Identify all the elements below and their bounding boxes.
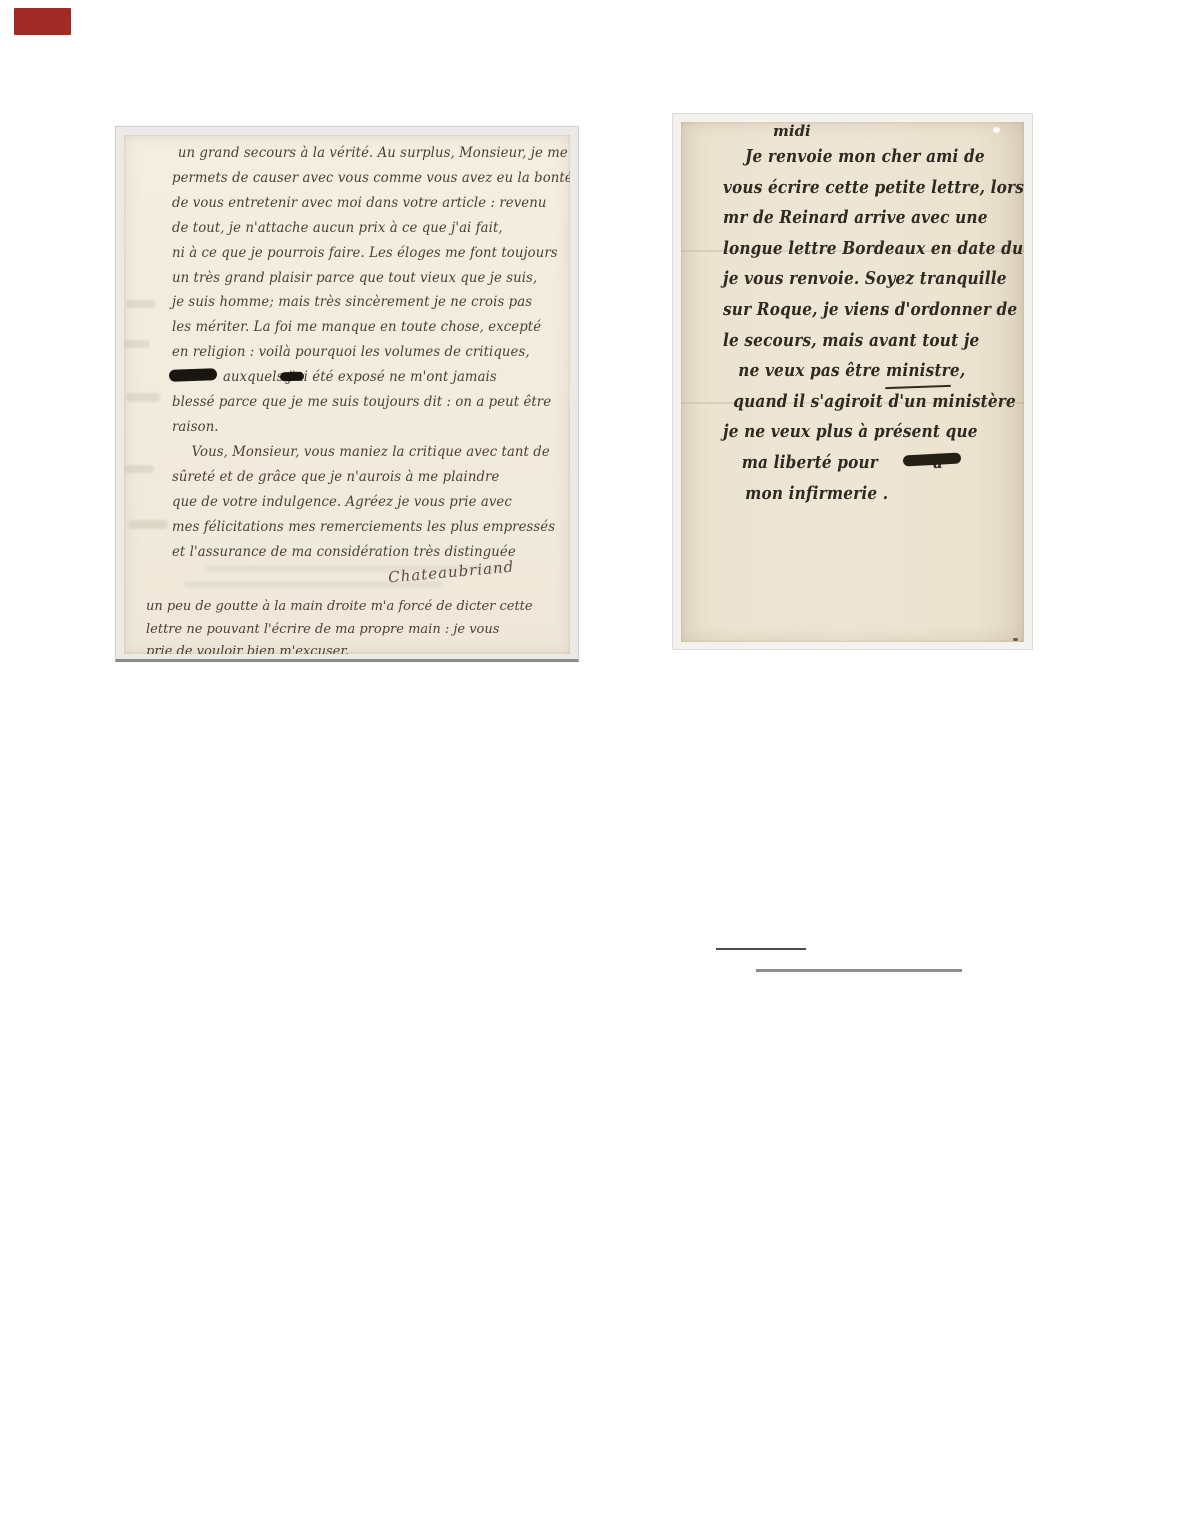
manuscript-line: ni à ce que je pourrois faire. Les éloge… <box>172 241 556 266</box>
ghost-writing <box>126 393 160 402</box>
manuscript-line: de tout, je n'attache aucun prix à ce qu… <box>172 216 556 241</box>
manuscript-line: je vous renvoie. Soyez tranquille <box>723 264 977 295</box>
manuscript-line: mr de Reinard arrive avec une <box>723 203 977 234</box>
manuscript-line: le secours, mais avant tout je <box>723 326 977 357</box>
horizontal-rule-long <box>756 969 962 972</box>
ghost-writing <box>124 340 150 348</box>
manuscript-line: lettre ne pouvant l'écrire de ma propre … <box>146 619 533 642</box>
manuscript-line: Je renvoie mon cher ami de <box>723 142 977 173</box>
manuscript-line: je suis homme; mais très sincèrement je … <box>172 290 556 315</box>
manuscript-line: un très grand plaisir parce que tout vie… <box>172 266 556 291</box>
manuscript-line: un grand secours à la vérité. Au surplus… <box>172 141 556 166</box>
horizontal-rule-short <box>716 948 806 950</box>
letter-heading: midi <box>773 122 811 140</box>
manuscript-line: un peu de goutte à la main droite m'a fo… <box>146 596 533 619</box>
ghost-writing <box>124 465 154 473</box>
letter-left-paper: un grand secours à la vérité. Au surplus… <box>124 135 570 654</box>
manuscript-line: Vous, Monsieur, vous maniez la critique … <box>172 440 556 465</box>
paper-speck <box>1013 638 1018 641</box>
manuscript-line: quand il s'agiroit d'un ministère <box>723 387 977 418</box>
manuscript-line: longue lettre Bordeaux en date du 18 <box>723 234 977 265</box>
manuscript-line: sur Roque, je viens d'ordonner de <box>723 295 977 326</box>
ghost-writing <box>126 300 156 308</box>
manuscript-line: auxquels j'ai été exposé ne m'ont jamais <box>172 365 556 390</box>
paper-speck <box>993 127 1000 133</box>
manuscript-line: mon infirmerie . <box>723 479 977 510</box>
letter-right-body: Je renvoie mon cher ami devous écrire ce… <box>723 142 1022 509</box>
manuscript-line: ne veux pas être ministre, <box>723 356 977 387</box>
letter-scan-left: un grand secours à la vérité. Au surplus… <box>115 126 579 662</box>
manuscript-line: sûreté et de grâce que je n'aurois à me … <box>172 465 556 490</box>
letter-scan-right: midi Je renvoie mon cher ami devous écri… <box>672 113 1033 650</box>
manuscript-line: les mériter. La foi me manque en toute c… <box>172 315 556 340</box>
letter-left-postscript: un peu de goutte à la main droite m'a fo… <box>146 596 533 654</box>
ink-blot <box>280 372 304 382</box>
letter-right-paper: midi Je renvoie mon cher ami devous écri… <box>681 122 1024 642</box>
manuscript-line: mes félicitations mes remerciements les … <box>172 515 556 540</box>
ghost-writing <box>128 520 168 529</box>
manuscript-line: blessé parce que je me suis toujours dit… <box>172 390 556 415</box>
manuscript-line: raison. <box>172 415 556 440</box>
document-page: un grand secours à la vérité. Au surplus… <box>0 0 1197 1538</box>
manuscript-line: de vous entretenir avec moi dans votre a… <box>172 191 556 216</box>
ink-blot <box>169 368 217 382</box>
manuscript-line: prie de vouloir bien m'excuser. <box>146 641 533 654</box>
manuscript-line: permets de causer avec vous comme vous a… <box>172 166 556 191</box>
manuscript-line: je ne veux plus à présent que <box>723 417 977 448</box>
manuscript-line: que de votre indulgence. Agréez je vous … <box>172 490 556 515</box>
letter-left-body: un grand secours à la vérité. Au surplus… <box>172 141 564 564</box>
manuscript-line: vous écrire cette petite lettre, lorsque <box>723 173 977 204</box>
red-placeholder-mark <box>14 8 71 35</box>
manuscript-line: en religion : voilà pourquoi les volumes… <box>172 340 556 365</box>
